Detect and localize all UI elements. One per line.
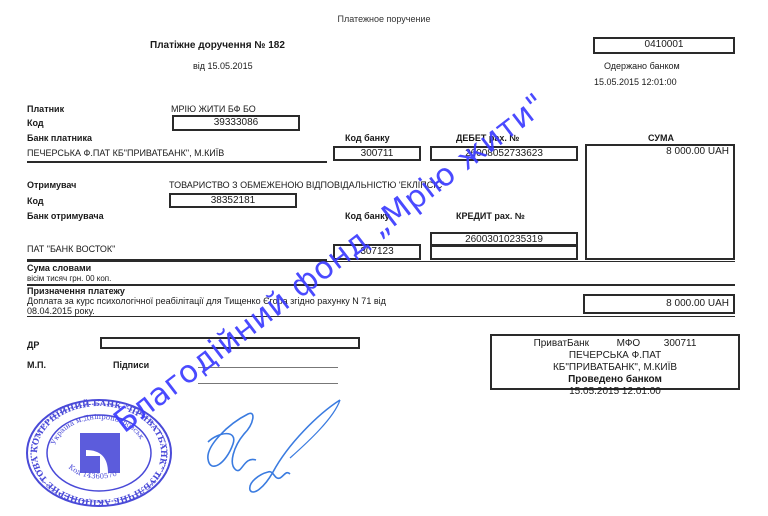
payer-bank-code: 300711 <box>361 148 394 159</box>
purpose-amount-box: 8 000.00 UAH <box>583 294 735 314</box>
stamp-branch-line2: КБ"ПРИВАТБАНК", М.КИЇВ <box>492 362 738 374</box>
stamp-bank-name: ПриватБанк <box>534 338 589 349</box>
form-code-box: 0410001 <box>593 37 735 54</box>
credit-account-box-empty <box>430 245 578 260</box>
handwritten-signature-icon <box>198 394 346 504</box>
document-title: Платіжне доручення № 182 <box>150 40 285 51</box>
amount-words-label: Сума словами <box>27 263 91 273</box>
window-title: Платежное поручение <box>0 14 768 24</box>
payer-code-box: 39333086 <box>172 115 300 131</box>
charity-watermark: Благодійний фонд „Мрію жити" <box>107 86 553 440</box>
recipient-code-box: 38352181 <box>169 193 297 208</box>
purpose-line2: 08.04.2015 року. <box>27 306 95 316</box>
signatures-label: Підписи <box>113 360 149 370</box>
credit-account-label: КРЕДИТ рах. № <box>456 211 525 221</box>
received-label: Одержано банком <box>604 61 680 71</box>
stamp-mfo: 300711 <box>664 338 697 349</box>
credit-account: 26003010235319 <box>465 234 543 245</box>
recipient-label: Отримувач <box>27 180 76 190</box>
credit-account-box: 26003010235319 <box>430 232 578 246</box>
divider-purpose <box>27 284 735 286</box>
payer-code: 39333086 <box>214 117 259 128</box>
received-datetime: 15.05.2015 12:01:00 <box>594 77 677 87</box>
payer-code-label: Код <box>27 118 44 128</box>
purpose-line1: Доплата за курс психологічної реабілітац… <box>27 296 386 306</box>
recipient-code: 38352181 <box>211 195 256 206</box>
recipient-bank-label: Банк отримувача <box>27 211 104 221</box>
recipient-code-label: Код <box>27 196 44 206</box>
payer-label: Платник <box>27 104 64 114</box>
amount-words-value: вісім тисяч грн. 00 коп. <box>27 274 111 283</box>
amount-label: СУМА <box>648 133 674 143</box>
signature-line-2 <box>198 383 338 384</box>
form-code: 0410001 <box>645 39 684 50</box>
bank-processed-stamp: ПриватБанк МФО 300711 ПЕЧЕРСЬКА Ф.ПАТ КБ… <box>490 334 740 390</box>
payer-bank-name: ПЕЧЕРСЬКА Ф.ПАТ КБ"ПРИВАТБАНК", М.КИЇВ <box>27 148 224 158</box>
payer-name: МРІЮ ЖИТИ БФ БО <box>171 104 256 114</box>
payer-bank-code-box: 300711 <box>333 146 421 161</box>
purpose-label: Призначення платежу <box>27 286 125 296</box>
stamp-processed-datetime: 15.05.2015 12:01:00 <box>492 386 738 398</box>
stamp-mfo-label: МФО <box>617 338 641 349</box>
purpose-amount: 8 000.00 UAH <box>666 298 729 309</box>
amount-box: 8 000.00 UAH <box>585 144 735 260</box>
payer-bank-code-label: Код банку <box>345 133 390 143</box>
amount-value: 8 000.00 UAH <box>666 146 729 157</box>
document-date: від 15.05.2015 <box>193 61 253 71</box>
stamp-processed-label: Проведено банком <box>492 374 738 386</box>
payer-bank-label: Банк платника <box>27 133 92 143</box>
dr-label: ДР <box>27 340 39 350</box>
divider-top <box>27 261 735 262</box>
stamp-branch-line1: ПЕЧЕРСЬКА Ф.ПАТ <box>492 350 738 362</box>
payer-bank-underline <box>27 161 327 163</box>
stamp-bank-row: ПриватБанк МФО 300711 <box>492 338 738 350</box>
recipient-bank-name: ПАТ "БАНК ВОСТОК" <box>27 244 115 254</box>
mp-label: М.П. <box>27 360 46 370</box>
divider-bottom <box>27 316 735 317</box>
